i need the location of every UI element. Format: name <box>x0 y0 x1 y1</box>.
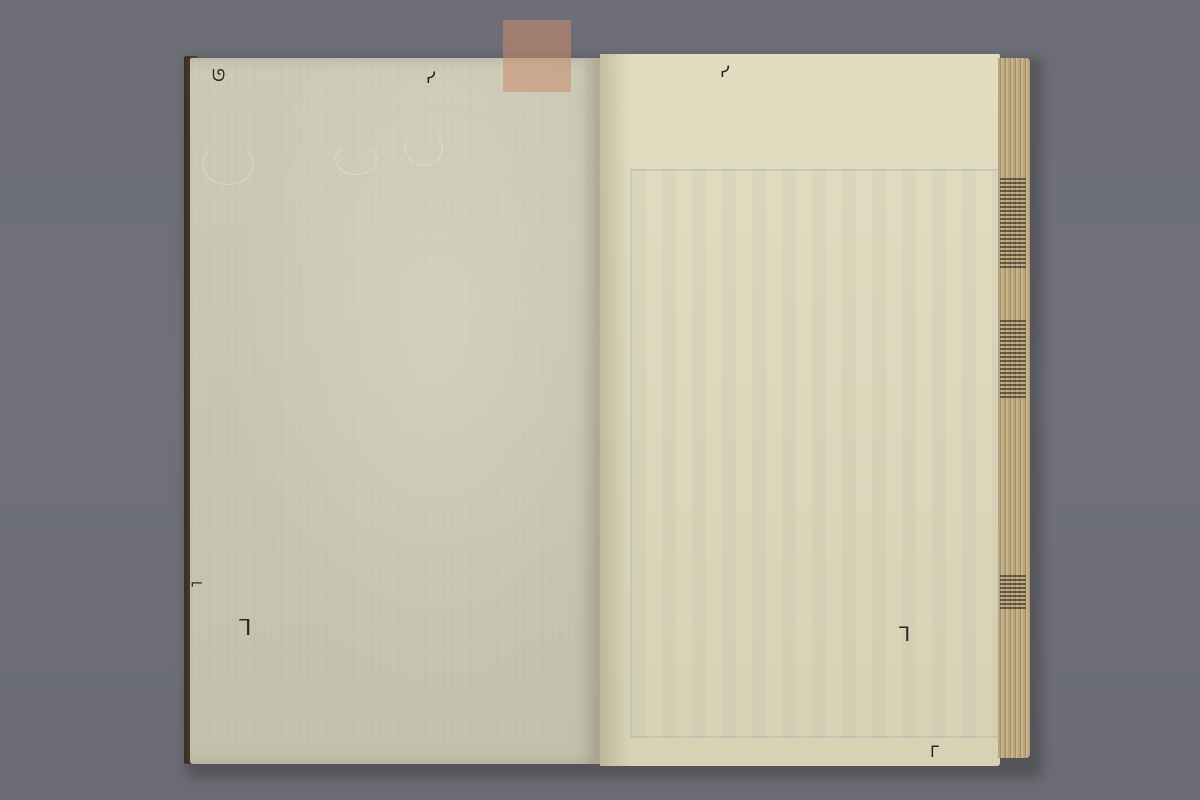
paper-fiber <box>202 143 254 185</box>
photo-background: ᘎ ᓯ ᒣ ⌐ ᓯ ᒣ ᒥ <box>0 0 1200 800</box>
worm-hole-mark: ᒣ <box>238 618 251 640</box>
right-page: ᓯ ᒣ ᒥ <box>600 54 1000 766</box>
worm-hole-mark: ᒣ <box>898 624 910 644</box>
edge-worm-damage <box>1000 573 1026 609</box>
worm-hole-mark: ᓯ <box>720 64 730 80</box>
paper-fiber <box>405 128 443 166</box>
worm-hole-mark: ⌐ <box>190 576 203 592</box>
worm-hole-mark: ᓯ <box>426 70 436 86</box>
edge-worm-damage <box>1000 318 1026 398</box>
show-through-frame <box>630 169 1002 738</box>
library-label-tag <box>503 20 571 92</box>
open-book: ᘎ ᓯ ᒣ ⌐ ᓯ ᒣ ᒥ <box>180 50 1040 775</box>
paper-fiber <box>335 143 377 175</box>
edge-worm-damage <box>1000 178 1026 268</box>
worm-hole-mark: ᘎ <box>212 68 225 84</box>
worm-hole-mark: ᒥ <box>930 744 939 760</box>
left-page: ᘎ ᓯ ᒣ ⌐ <box>190 58 600 764</box>
fore-edge <box>998 58 1030 758</box>
